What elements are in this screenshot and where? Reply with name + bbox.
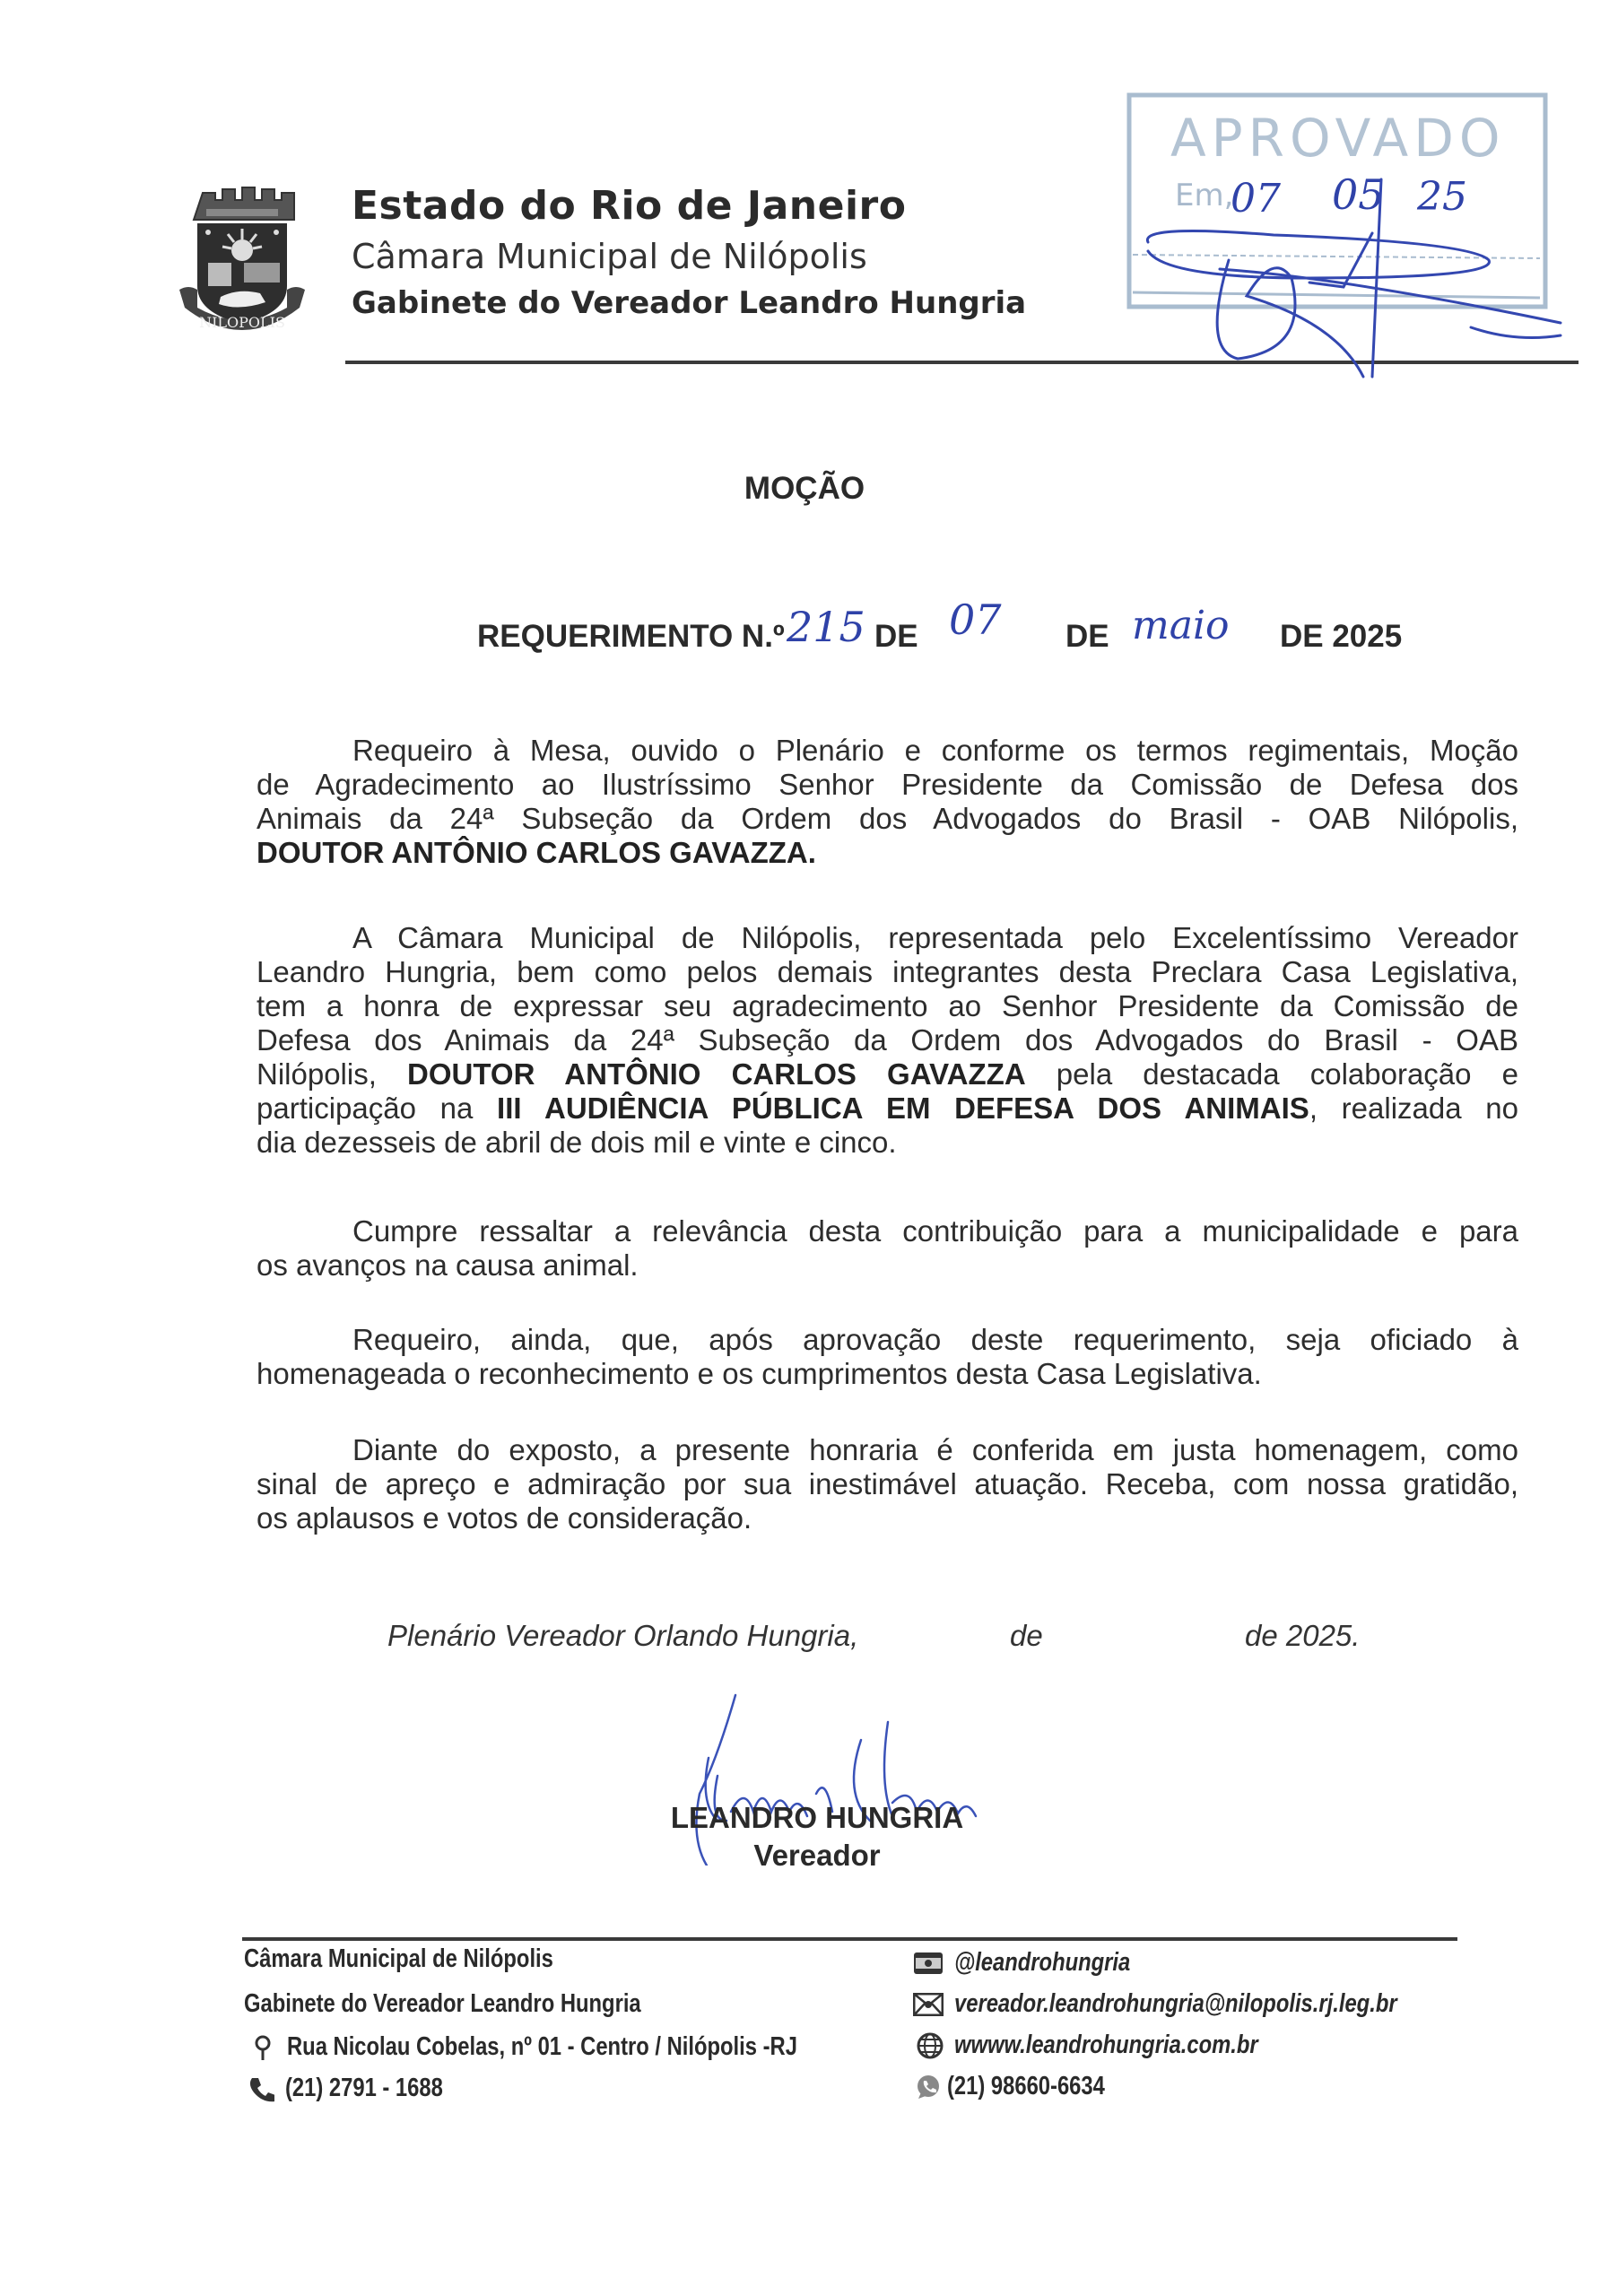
text-run: Nilópolis, bbox=[257, 1057, 407, 1091]
closing-place: Plenário Vereador Orlando Hungria, bbox=[387, 1619, 858, 1653]
footer-phone: (21) 2791 - 1688 bbox=[285, 2074, 443, 2103]
requerimento-de-2: DE bbox=[1065, 619, 1109, 655]
header-state: Estado do Rio de Janeiro bbox=[352, 183, 906, 229]
paragraph-line: Animais da 24ª Subseção da Ordem dos Adv… bbox=[257, 802, 1518, 836]
signatory-role: Vereador bbox=[0, 1839, 1609, 1873]
text-run: Defesa dos Animais da 24ª Subseção da Or… bbox=[257, 1023, 1518, 1057]
text-run: de Agradecimento ao Ilustríssimo Senhor … bbox=[257, 768, 1518, 801]
paragraph-line: sinal de apreço e admiração por sua ines… bbox=[257, 1467, 1518, 1501]
paragraph-line: Leandro Hungria, bem como pelos demais i… bbox=[257, 955, 1518, 989]
footer-website[interactable]: wwww.leandrohungria.com.br bbox=[954, 2031, 1258, 2060]
footer-org-row: Câmara Municipal de Nilópolis bbox=[244, 1944, 622, 1974]
footer-instagram-row: @leandrohungria bbox=[913, 1948, 1169, 1978]
paragraph-request: Requeiro à Mesa, ouvido o Plenário e con… bbox=[257, 734, 1518, 870]
paragraph-official-notice: Requeiro, ainda, que, após aprovação des… bbox=[257, 1323, 1518, 1391]
approval-signature-scribble bbox=[1112, 143, 1579, 395]
requerimento-year: DE 2025 bbox=[1280, 619, 1402, 655]
text-run: os avanços na causa animal. bbox=[257, 1248, 639, 1282]
svg-text:NILOPOLIS: NILOPOLIS bbox=[199, 314, 285, 331]
header-chamber: Câmara Municipal de Nilópolis bbox=[352, 237, 867, 276]
paragraph-conclusion: Diante do exposto, a presente honraria é… bbox=[257, 1433, 1518, 1535]
text-run: sinal de apreço e admiração por sua ines… bbox=[257, 1467, 1518, 1500]
email-icon bbox=[913, 1993, 944, 2016]
footer-office: Gabinete do Vereador Leandro Hungria bbox=[244, 1989, 641, 2019]
text-run: A Câmara Municipal de Nilópolis, represe… bbox=[352, 921, 1518, 954]
footer-instagram[interactable]: @leandrohungria bbox=[954, 1948, 1130, 1978]
bold-text: DOUTOR ANTÔNIO CARLOS GAVAZZA. bbox=[257, 836, 816, 869]
closing-de-1: de bbox=[1010, 1619, 1043, 1653]
paragraph-line: tem a honra de expressar seu agradecimen… bbox=[257, 989, 1518, 1023]
paragraph-line: dia dezesseis de abril de dois mil e vin… bbox=[257, 1126, 1518, 1160]
text-run: Leandro Hungria, bem como pelos demais i… bbox=[257, 955, 1518, 988]
paragraph-line: A Câmara Municipal de Nilópolis, represe… bbox=[257, 921, 1518, 955]
text-run: os aplausos e votos de consideração. bbox=[257, 1501, 752, 1535]
footer-whatsapp[interactable]: (21) 98660-6634 bbox=[947, 2072, 1105, 2101]
paragraph-line: DOUTOR ANTÔNIO CARLOS GAVAZZA. bbox=[257, 836, 1518, 870]
footer-whatsapp-row: (21) 98660-6634 bbox=[915, 2072, 1139, 2101]
footer-website-row: wwww.leandrohungria.com.br bbox=[917, 2031, 1325, 2060]
paragraph-line: Nilópolis, DOUTOR ANTÔNIO CARLOS GAVAZZA… bbox=[257, 1057, 1518, 1091]
text-run: Animais da 24ª Subseção da Ordem dos Adv… bbox=[257, 802, 1518, 835]
requerimento-label: REQUERIMENTO N.º bbox=[477, 619, 785, 655]
footer-divider bbox=[242, 1937, 1457, 1941]
paragraph-line: os aplausos e votos de consideração. bbox=[257, 1501, 1518, 1535]
text-run: Requeiro, ainda, que, após aprovação des… bbox=[352, 1323, 1518, 1356]
globe-icon bbox=[917, 2032, 944, 2059]
text-run: Cumpre ressaltar a relevância desta cont… bbox=[352, 1214, 1518, 1248]
text-run: homenageada o reconhecimento e os cumpri… bbox=[257, 1357, 1262, 1390]
paragraph-line: de Agradecimento ao Ilustríssimo Senhor … bbox=[257, 768, 1518, 802]
paragraph-line: os avanços na causa animal. bbox=[257, 1248, 1518, 1283]
map-pin-icon bbox=[249, 2034, 276, 2061]
text-run: pela destacada colaboração e bbox=[1026, 1057, 1518, 1091]
text-run: participação na bbox=[257, 1091, 497, 1125]
paragraph-line: Defesa dos Animais da 24ª Subseção da Or… bbox=[257, 1023, 1518, 1057]
bold-text: DOUTOR ANTÔNIO CARLOS GAVAZZA bbox=[407, 1057, 1026, 1091]
paragraph-line: Cumpre ressaltar a relevância desta cont… bbox=[257, 1214, 1518, 1248]
text-run: Diante do exposto, a presente honraria é… bbox=[352, 1433, 1518, 1466]
text-run: , realizada no bbox=[1309, 1091, 1518, 1125]
paragraph-line: Requeiro à Mesa, ouvido o Plenário e con… bbox=[257, 734, 1518, 768]
paragraph-line: participação na III AUDIÊNCIA PÚBLICA EM… bbox=[257, 1091, 1518, 1126]
paragraph-line: homenageada o reconhecimento e os cumpri… bbox=[257, 1357, 1518, 1391]
footer-email-row: vereador.leandrohungria@nilopolis.rj.leg… bbox=[913, 1989, 1494, 2019]
coat-of-arms-icon: NILOPOLIS bbox=[176, 184, 309, 338]
closing-year: de 2025. bbox=[1245, 1619, 1360, 1653]
requerimento-day: 07 bbox=[949, 596, 1002, 644]
footer-org: Câmara Municipal de Nilópolis bbox=[244, 1944, 553, 1974]
paragraph-line: Requeiro, ainda, que, após aprovação des… bbox=[257, 1323, 1518, 1357]
requerimento-month: maio bbox=[1132, 603, 1230, 648]
footer-email[interactable]: vereador.leandrohungria@nilopolis.rj.leg… bbox=[954, 1989, 1397, 2019]
header-office: Gabinete do Vereador Leandro Hungria bbox=[352, 285, 1026, 321]
signatory-name: LEANDRO HUNGRIA bbox=[0, 1801, 1609, 1835]
requerimento-de-1: DE bbox=[874, 619, 918, 655]
requerimento-number: 215 bbox=[787, 603, 865, 651]
paragraph-acknowledgement: A Câmara Municipal de Nilópolis, represe… bbox=[257, 921, 1518, 1160]
text-run: Requeiro à Mesa, ouvido o Plenário e con… bbox=[352, 734, 1518, 767]
footer-office-row: Gabinete do Vereador Leandro Hungria bbox=[244, 1989, 728, 2019]
instagram-icon bbox=[913, 1952, 944, 1975]
phone-icon bbox=[248, 2075, 274, 2102]
footer-address-row: Rua Nicolau Cobelas, nº 01 - Centro / Ni… bbox=[249, 2032, 909, 2062]
text-run: dia dezesseis de abril de dois mil e vin… bbox=[257, 1126, 897, 1159]
bold-text: III AUDIÊNCIA PÚBLICA EM DEFESA DOS ANIM… bbox=[497, 1091, 1309, 1125]
footer-phone-row: (21) 2791 - 1688 bbox=[248, 2074, 477, 2103]
document-type-title: MOÇÃO bbox=[0, 471, 1609, 507]
text-run: tem a honra de expressar seu agradecimen… bbox=[257, 989, 1518, 1022]
paragraph-line: Diante do exposto, a presente honraria é… bbox=[257, 1433, 1518, 1467]
footer-address: Rua Nicolau Cobelas, nº 01 - Centro / Ni… bbox=[287, 2032, 797, 2062]
paragraph-relevance: Cumpre ressaltar a relevância desta cont… bbox=[257, 1214, 1518, 1283]
whatsapp-icon bbox=[915, 2074, 942, 2100]
